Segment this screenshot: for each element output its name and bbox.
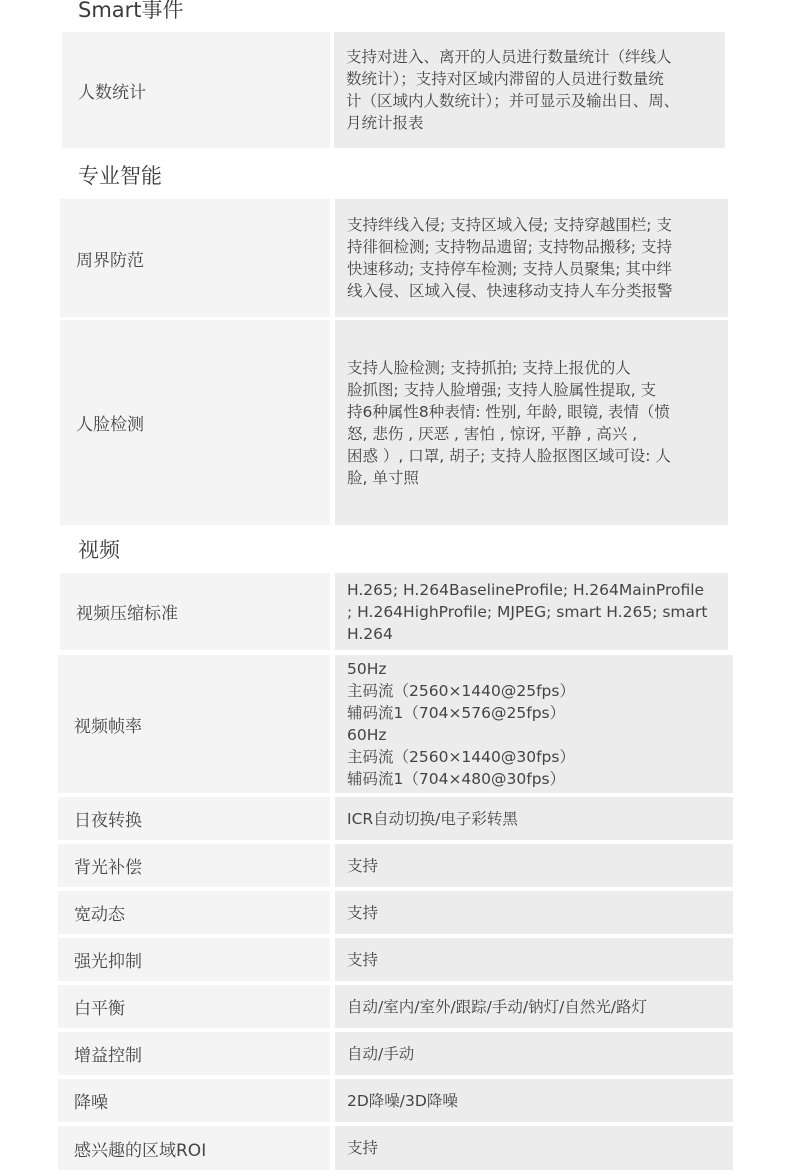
spec-row-day-night: 日夜转换 ICR自动切换/电子彩转黑	[0, 797, 790, 840]
spec-row-white-balance: 白平衡 自动/室内/室外/跟踪/手动/钠灯/自然光/路灯	[0, 985, 790, 1028]
section-title-pro-intelligence: 专业智能	[78, 164, 162, 188]
spec-label: 降噪	[58, 1079, 330, 1122]
spec-value: 自动/室内/室外/跟踪/手动/钠灯/自然光/路灯	[335, 985, 733, 1028]
spec-label: 感兴趣的区域ROI	[58, 1126, 330, 1170]
spec-value: 支持绊线入侵; 支持区域入侵; 支持穿越围栏; 支 持徘徊检测; 支持物品遗留;…	[335, 199, 728, 317]
section-title-smart-events: Smart事件	[78, 0, 184, 22]
spec-row-hlc: 强光抑制 支持	[0, 938, 790, 981]
spec-row-perimeter-protection: 周界防范 支持绊线入侵; 支持区域入侵; 支持穿越围栏; 支 持徘徊检测; 支持…	[0, 199, 790, 317]
spec-row-wdr: 宽动态 支持	[0, 891, 790, 934]
spec-label: 增益控制	[58, 1032, 330, 1075]
spec-row-roi: 感兴趣的区域ROI 支持	[0, 1126, 790, 1170]
spec-row-frame-rate: 视频帧率 50Hz 主码流（2560×1440@25fps） 辅码流1（704×…	[0, 655, 790, 793]
spec-value: 支持	[335, 844, 733, 887]
spec-value: 支持对进入、离开的人员进行数量统计（绊线人 数统计）；支持对区域内滞留的人员进行…	[334, 32, 725, 148]
spec-value: 2D降噪/3D降噪	[335, 1079, 733, 1122]
spec-row-people-counting: 人数统计 支持对进入、离开的人员进行数量统计（绊线人 数统计）；支持对区域内滞留…	[0, 32, 790, 148]
spec-value: 支持人脸检测; 支持抓拍; 支持上报优的人 脸抓图; 支持人脸增强; 支持人脸属…	[335, 320, 728, 525]
spec-value: 支持	[335, 938, 733, 981]
spec-label: 周界防范	[60, 199, 330, 317]
spec-label: 人脸检测	[60, 320, 330, 525]
spec-label: 强光抑制	[58, 938, 330, 981]
spec-value: 50Hz 主码流（2560×1440@25fps） 辅码流1（704×576@2…	[335, 655, 733, 793]
spec-value: ICR自动切换/电子彩转黑	[335, 797, 733, 840]
spec-label: 视频压缩标准	[60, 573, 330, 650]
section-title-video: 视频	[78, 538, 120, 562]
spec-value: 支持	[335, 1126, 733, 1170]
spec-label: 宽动态	[58, 891, 330, 934]
spec-value: 支持	[335, 891, 733, 934]
spec-row-video-compression: 视频压缩标准 H.265; H.264BaselineProfile; H.26…	[0, 573, 790, 650]
spec-row-face-detection: 人脸检测 支持人脸检测; 支持抓拍; 支持上报优的人 脸抓图; 支持人脸增强; …	[0, 320, 790, 525]
spec-label: 日夜转换	[58, 797, 330, 840]
spec-value: H.265; H.264BaselineProfile; H.264MainPr…	[335, 573, 728, 650]
spec-row-gain-control: 增益控制 自动/手动	[0, 1032, 790, 1075]
spec-row-backlight-compensation: 背光补偿 支持	[0, 844, 790, 887]
spec-value: 自动/手动	[335, 1032, 733, 1075]
spec-label: 视频帧率	[58, 655, 330, 793]
spec-label: 人数统计	[62, 32, 330, 148]
spec-label: 背光补偿	[58, 844, 330, 887]
spec-row-noise-reduction: 降噪 2D降噪/3D降噪	[0, 1079, 790, 1122]
spec-label: 白平衡	[58, 985, 330, 1028]
